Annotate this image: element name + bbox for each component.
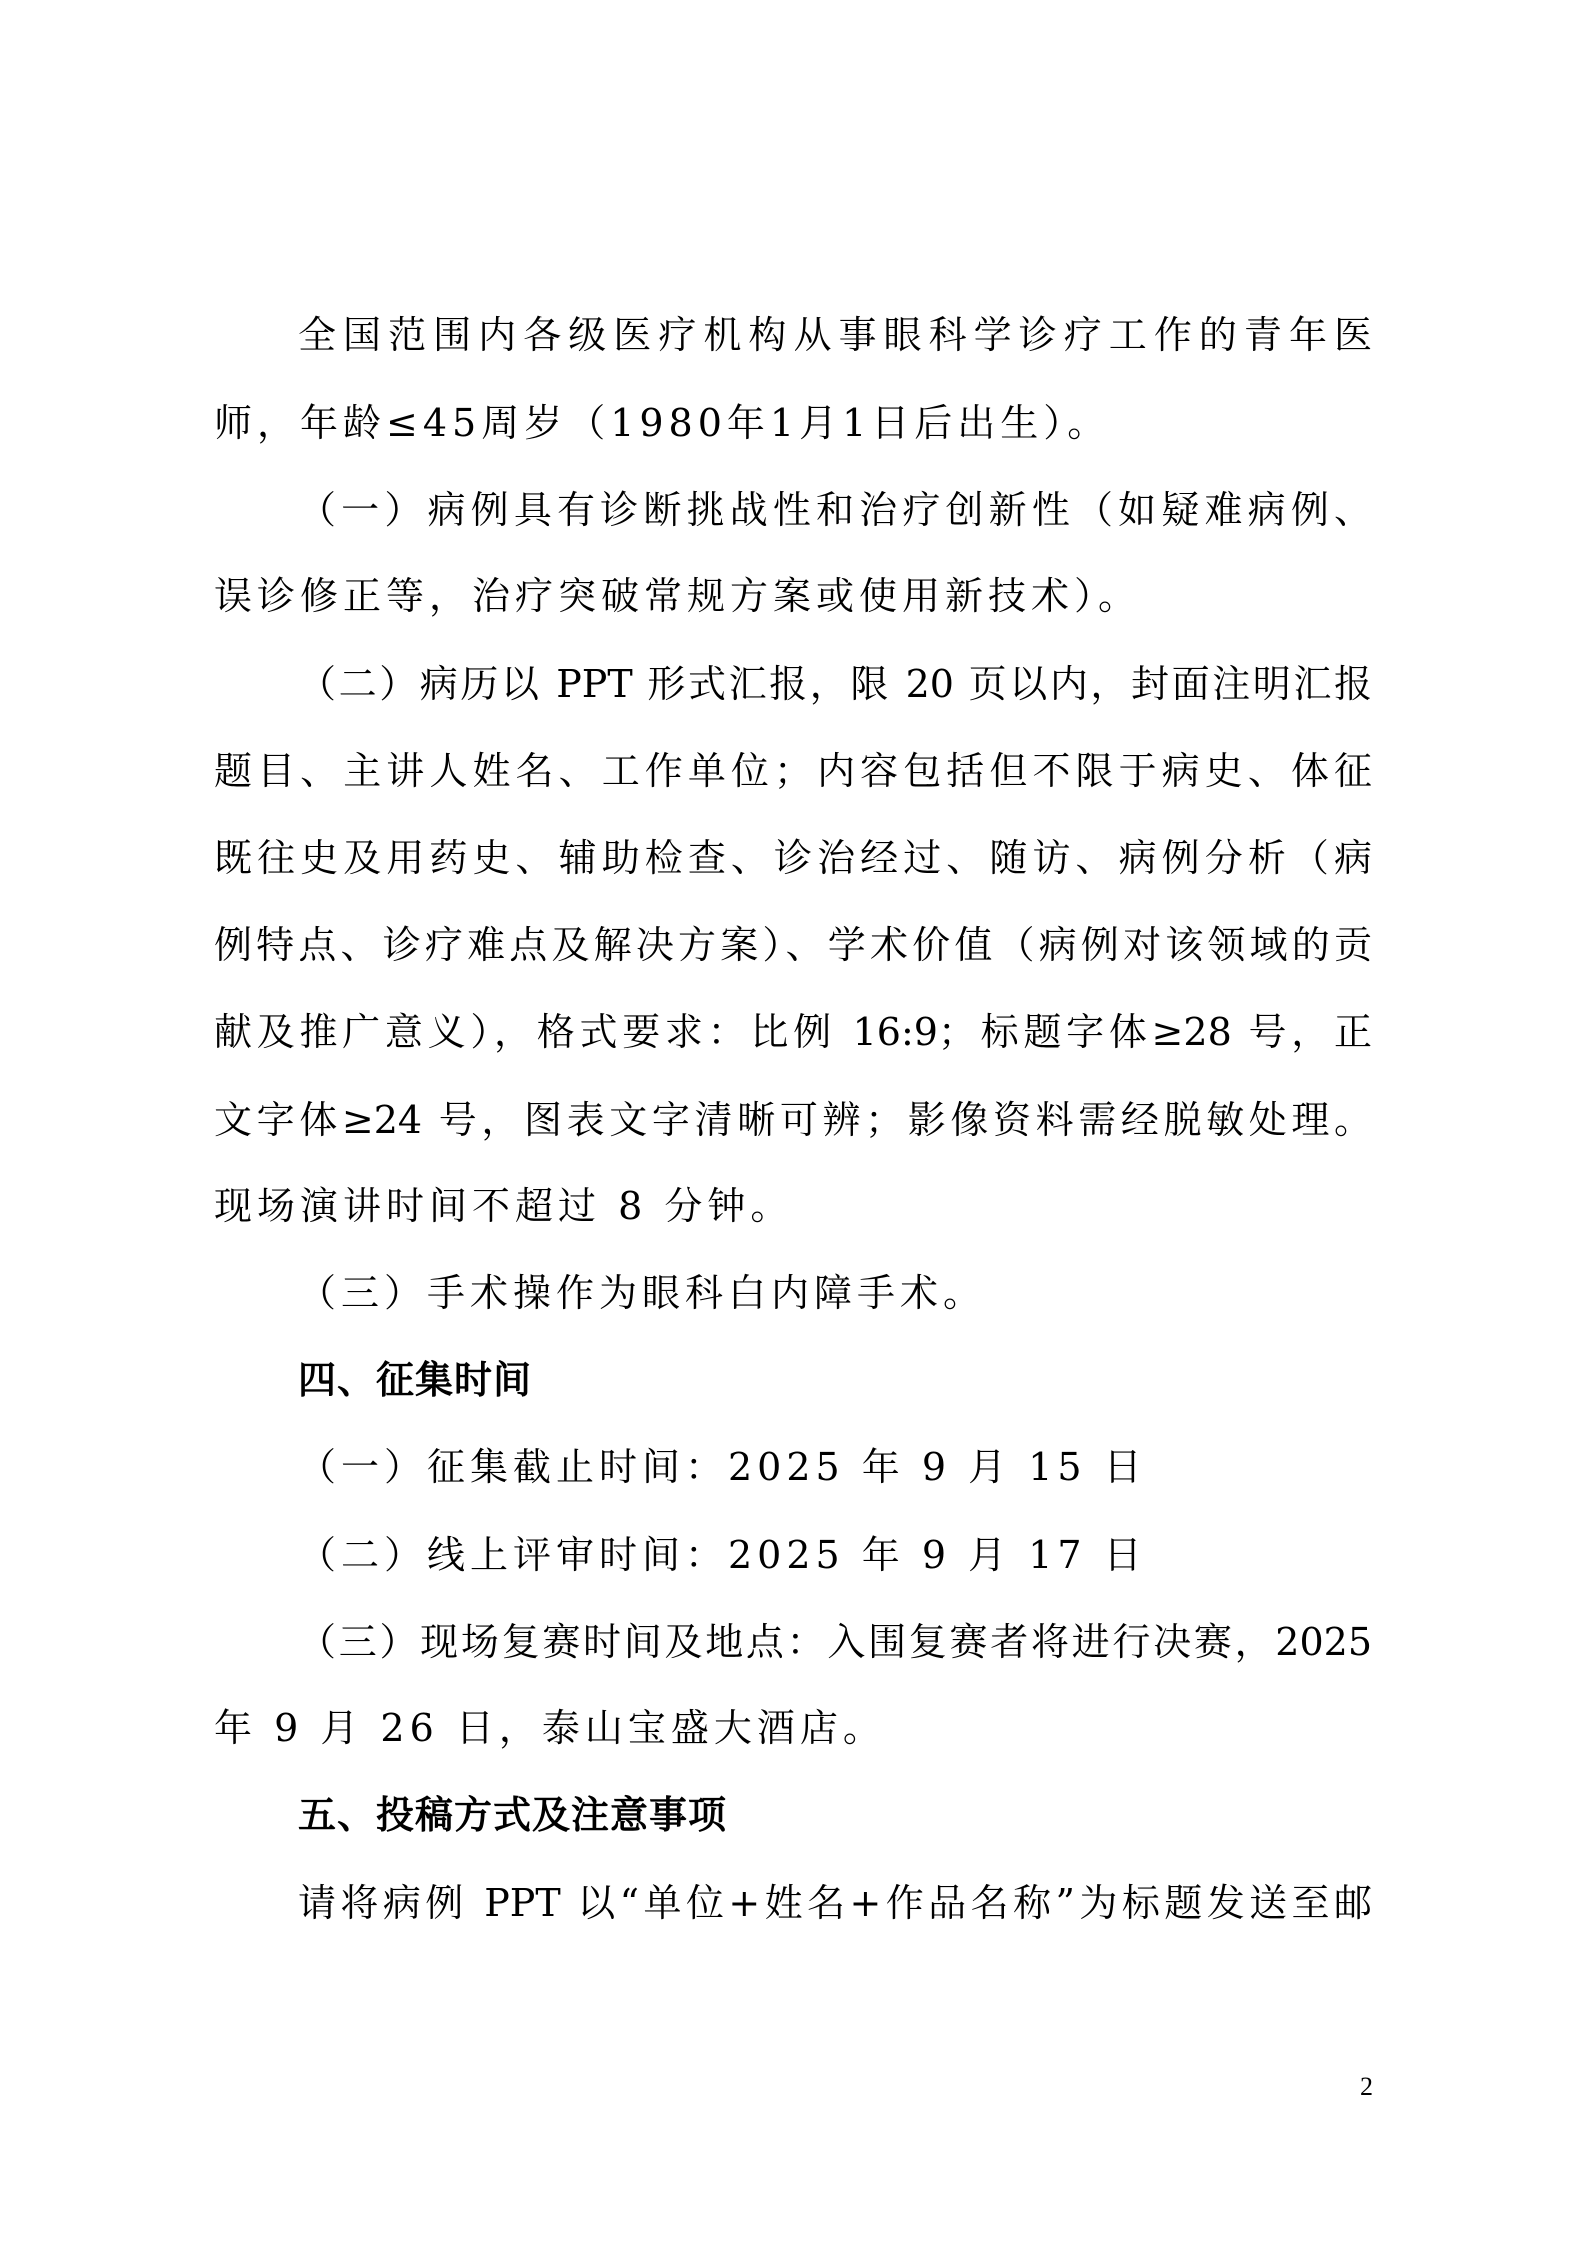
requirement-2-line-4: 例特点、诊疗难点及解决方案）、学术价值（病例对该领域的贡: [214, 915, 1372, 975]
eligibility-line-1: 全国范围内各级医疗机构从事眼科学诊疗工作的青年医: [298, 305, 1372, 365]
requirement-2-line-1: （二）病历以 PPT 形式汇报，限 20 页以内，封面注明汇报: [298, 654, 1372, 714]
onsite-final-line-1: （三）现场复赛时间及地点：入围复赛者将进行决赛，2025: [298, 1612, 1372, 1672]
section-heading-collection-time: 四、征集时间: [298, 1350, 532, 1410]
page-number: 2: [1360, 2072, 1373, 2102]
requirement-2-line-3: 既往史及用药史、辅助检查、诊治经过、随访、病例分析（病: [214, 828, 1372, 888]
requirement-1-line-1: （一）病例具有诊断挑战性和治疗创新性（如疑难病例、: [298, 480, 1372, 540]
requirement-3: （三）手术操作为眼科白内障手术。: [298, 1263, 1372, 1323]
document-page: 全国范围内各级医疗机构从事眼科学诊疗工作的青年医 师，年龄≤45周岁（1980年…: [0, 0, 1588, 2245]
section-heading-submission: 五、投稿方式及注意事项: [298, 1785, 727, 1845]
online-review-line: （二）线上评审时间：2025 年 9 月 17 日: [298, 1525, 1372, 1585]
requirement-2-line-7: 现场演讲时间不超过 8 分钟。: [214, 1176, 1372, 1236]
eligibility-line-2: 师，年龄≤45周岁（1980年1月1日后出生）。: [214, 393, 1372, 453]
onsite-final-line-2: 年 9 月 26 日，泰山宝盛大酒店。: [214, 1698, 1372, 1758]
requirement-1-line-2: 误诊修正等，治疗突破常规方案或使用新技术）。: [214, 566, 1372, 626]
submission-line-1: 请将病例 PPT 以“单位+姓名+作品名称”为标题发送至邮: [298, 1873, 1372, 1933]
deadline-line: （一）征集截止时间：2025 年 9 月 15 日: [298, 1437, 1372, 1497]
requirement-2-line-2: 题目、主讲人姓名、工作单位；内容包括但不限于病史、体征: [214, 741, 1372, 801]
requirement-2-line-5: 献及推广意义），格式要求：比例 16:9；标题字体≥28 号，正: [214, 1002, 1372, 1062]
requirement-2-line-6: 文字体≥24 号，图表文字清晰可辨；影像资料需经脱敏处理。: [214, 1090, 1372, 1150]
